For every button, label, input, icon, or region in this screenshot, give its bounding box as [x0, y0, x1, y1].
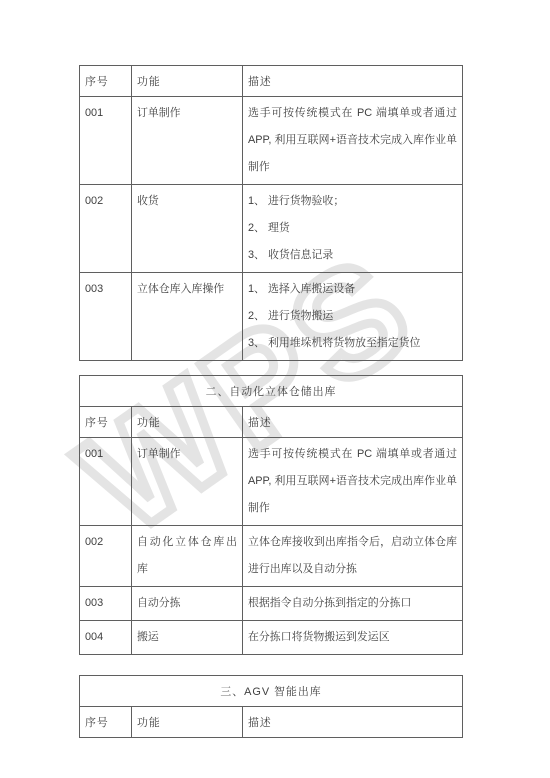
table-row: 004 搬运 在分拣口将货物搬运到发运区 [80, 621, 463, 655]
cell-text: 001 [85, 441, 126, 468]
cell-desc: 在分拣口将货物搬运到发运区 [243, 621, 463, 655]
cell-text: 自动分拣 [137, 590, 237, 617]
table-automated-outbound: 二、自动化立体仓储出库 序号 功能 描述 001 订单制作 选手可按传统模式在 … [79, 375, 463, 655]
cell-text: 在分拣口将货物搬运到发运区 [248, 624, 457, 651]
cell-text: 001 [85, 100, 126, 127]
cell-text: 订单制作 [137, 100, 237, 127]
cell-func: 收货 [132, 185, 243, 273]
cell-text: 003 [85, 590, 126, 617]
cell-desc: 1、 进行货物验收； 2、 理货 3、 收货信息记录 [243, 185, 463, 273]
cell-text: 1、 进行货物验收； [248, 188, 457, 215]
header-cell-desc: 描述 [243, 407, 463, 438]
cell-no: 004 [80, 621, 132, 655]
cell-no: 003 [80, 587, 132, 621]
table-title: 二、自动化立体仓储出库 [80, 376, 463, 407]
table-row: 003 立体仓库入库操作 1、 选择入库搬运设备 2、 进行货物搬运 3、 利用… [80, 273, 463, 361]
cell-desc: 选手可按传统模式在 PC 端填单或者通过 APP, 利用互联网+语音技术完成入库… [243, 97, 463, 185]
cell-text: 002 [85, 529, 126, 556]
cell-text: 3、 收货信息记录 [248, 242, 457, 269]
cell-text: 收货 [137, 188, 237, 215]
cell-text: 选手可按传统模式在 PC 端填单或者通过 [248, 100, 457, 127]
document-body: 序号 功能 描述 001 订单制作 选手可按传统模式在 PC 端填单或者通过 A… [79, 65, 462, 738]
cell-func: 自动化立体仓库出 库 [132, 526, 243, 587]
cell-text: 自动化立体仓库出 [137, 529, 237, 556]
table-title-row: 三、AGV 智能出库 [80, 676, 463, 707]
cell-text: 立体仓库接收到出库指令后，启动立体仓库 [248, 529, 457, 556]
document-page: WPS 序号 功能 描述 001 订单制作 选手可按传统模式在 PC 端填单或者… [0, 0, 550, 778]
cell-func: 自动分拣 [132, 587, 243, 621]
cell-text: 3、 利用堆垛机将货物放至指定货位 [248, 330, 457, 357]
cell-text: 2、 进行货物搬运 [248, 303, 457, 330]
cell-text: 002 [85, 188, 126, 215]
cell-text: 立体仓库入库操作 [137, 276, 237, 303]
cell-text: 根据指令自动分拣到指定的分拣口 [248, 590, 457, 617]
cell-func: 订单制作 [132, 438, 243, 526]
table-title-row: 二、自动化立体仓储出库 [80, 376, 463, 407]
cell-func: 搬运 [132, 621, 243, 655]
cell-no: 001 [80, 438, 132, 526]
cell-text: 003 [85, 276, 126, 303]
header-cell-no: 序号 [80, 707, 132, 738]
cell-text: 订单制作 [137, 441, 237, 468]
cell-text: 004 [85, 624, 126, 651]
cell-desc: 根据指令自动分拣到指定的分拣口 [243, 587, 463, 621]
table-title: 三、AGV 智能出库 [80, 676, 463, 707]
table-header-row: 序号 功能 描述 [80, 707, 463, 738]
cell-no: 003 [80, 273, 132, 361]
header-cell-desc: 描述 [243, 707, 463, 738]
cell-no: 002 [80, 526, 132, 587]
header-cell-func: 功能 [132, 707, 243, 738]
table-row: 001 订单制作 选手可按传统模式在 PC 端填单或者通过 APP, 利用互联网… [80, 97, 463, 185]
cell-text: 选手可按传统模式在 PC 端填单或者通过 [248, 441, 457, 468]
cell-desc: 1、 选择入库搬运设备 2、 进行货物搬运 3、 利用堆垛机将货物放至指定货位 [243, 273, 463, 361]
header-cell-func: 功能 [132, 407, 243, 438]
cell-text: 进行出库以及自动分拣 [248, 556, 457, 583]
table-warehouse-inbound: 序号 功能 描述 001 订单制作 选手可按传统模式在 PC 端填单或者通过 A… [79, 65, 463, 361]
cell-func: 立体仓库入库操作 [132, 273, 243, 361]
table-row: 002 收货 1、 进行货物验收； 2、 理货 3、 收货信息记录 [80, 185, 463, 273]
cell-text: 制作 [248, 495, 457, 522]
header-cell-desc: 描述 [243, 66, 463, 97]
cell-desc: 立体仓库接收到出库指令后，启动立体仓库 进行出库以及自动分拣 [243, 526, 463, 587]
table-row: 001 订单制作 选手可按传统模式在 PC 端填单或者通过 APP, 利用互联网… [80, 438, 463, 526]
cell-text: 2、 理货 [248, 215, 457, 242]
cell-text: 库 [137, 556, 237, 583]
header-cell-no: 序号 [80, 407, 132, 438]
cell-text: 制作 [248, 154, 457, 181]
cell-text: APP, 利用互联网+语音技术完成出库作业单 [248, 468, 457, 495]
table-row: 003 自动分拣 根据指令自动分拣到指定的分拣口 [80, 587, 463, 621]
table-row: 002 自动化立体仓库出 库 立体仓库接收到出库指令后，启动立体仓库 进行出库以… [80, 526, 463, 587]
cell-no: 001 [80, 97, 132, 185]
table-header-row: 序号 功能 描述 [80, 407, 463, 438]
cell-desc: 选手可按传统模式在 PC 端填单或者通过 APP, 利用互联网+语音技术完成出库… [243, 438, 463, 526]
table-header-row: 序号 功能 描述 [80, 66, 463, 97]
cell-no: 002 [80, 185, 132, 273]
cell-func: 订单制作 [132, 97, 243, 185]
table-agv-outbound: 三、AGV 智能出库 序号 功能 描述 [79, 675, 463, 738]
cell-text: 搬运 [137, 624, 237, 651]
header-cell-func: 功能 [132, 66, 243, 97]
header-cell-no: 序号 [80, 66, 132, 97]
cell-text: APP, 利用互联网+语音技术完成入库作业单 [248, 127, 457, 154]
cell-text: 1、 选择入库搬运设备 [248, 276, 457, 303]
